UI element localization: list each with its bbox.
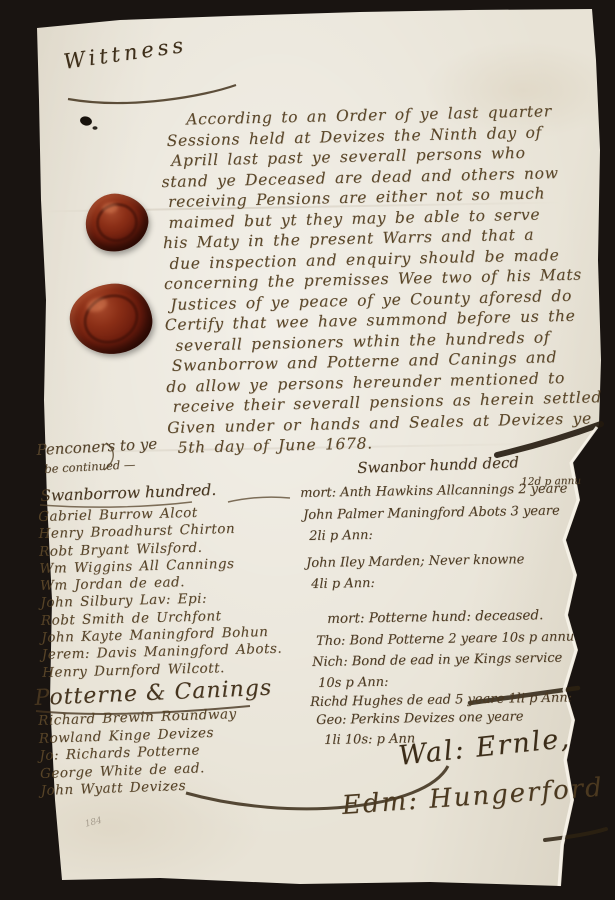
main-text-block: According to an Order of ye last quarter… xyxy=(166,100,594,458)
pension-amount: 10s p Ann: xyxy=(318,675,389,691)
photo-background: { "colors": { "background": "#191411", "… xyxy=(0,0,615,900)
swanborrow-name-list: Gabriel Burrow Alcot Henry Broadhurst Ch… xyxy=(38,503,283,682)
photograph-stage: Wittness According to an Order of ye las… xyxy=(0,0,615,900)
pension-amount: 12d p annu xyxy=(521,475,581,488)
pension-amount: 2li p Ann: xyxy=(309,528,373,544)
potterne-name-list: Richard Brewin Roundway Rowland Kinge De… xyxy=(38,706,239,801)
pension-amount: 4li p Ann: xyxy=(311,576,375,592)
